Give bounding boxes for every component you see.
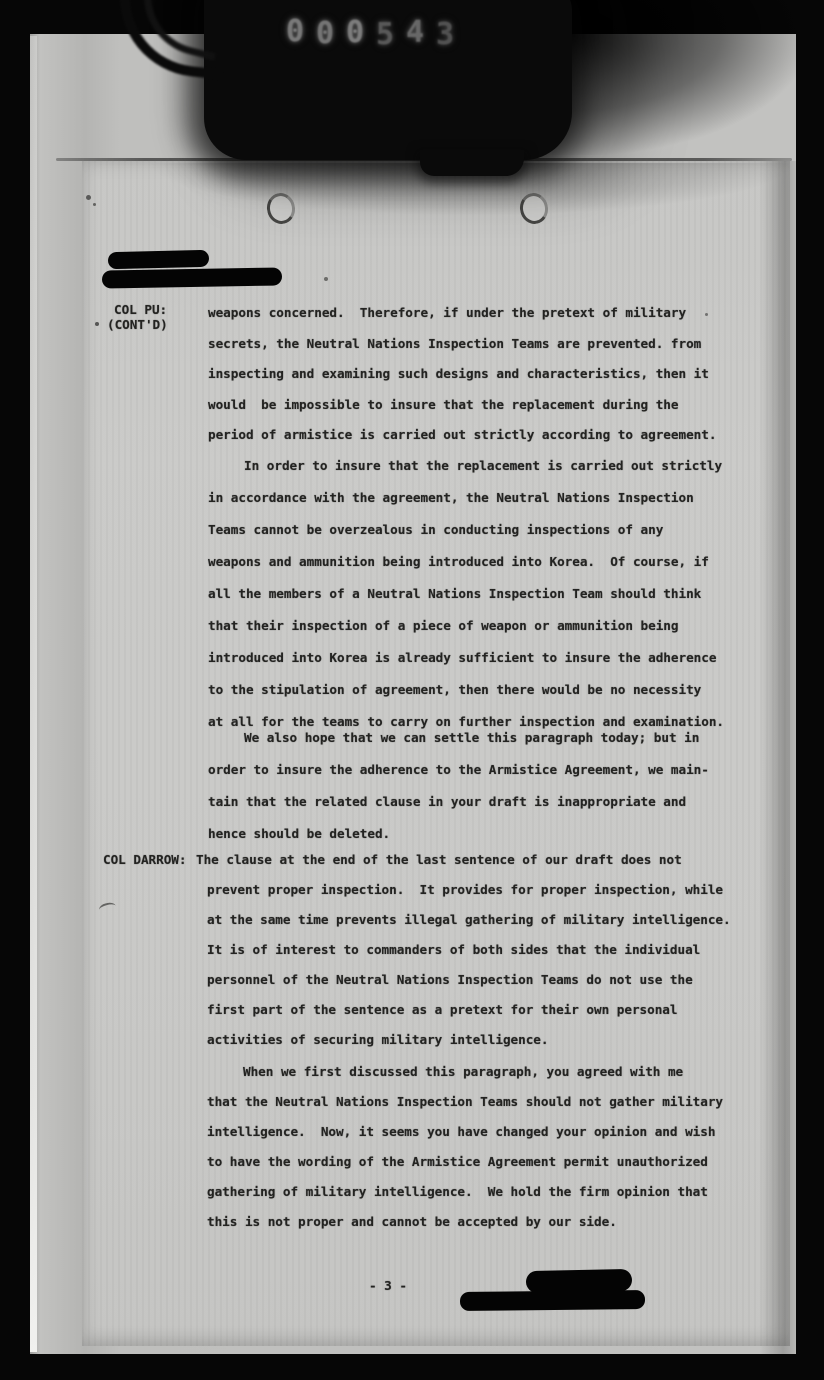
film-counter-device-bump: [420, 150, 524, 176]
transcript: COL PU:(CONT'D)weapons concerned. Theref…: [0, 0, 824, 1380]
paragraph: We also hope that we can settle this par…: [208, 722, 709, 850]
counter-digit: 4: [400, 15, 430, 50]
scan-speck: [95, 322, 99, 326]
scan-speck: [324, 277, 328, 281]
scan-speck: [86, 195, 91, 200]
microfilm-scan: COL PU:(CONT'D)weapons concerned. Theref…: [0, 0, 824, 1380]
paragraph: When we first discussed this paragraph, …: [207, 1057, 723, 1237]
speaker-label: COL DARROW:: [103, 852, 186, 867]
paragraph: weapons concerned. Therefore, if under t…: [208, 298, 716, 451]
paragraph: In order to insure that the replacement …: [208, 450, 724, 738]
speaker-label: COL PU:(CONT'D): [114, 302, 168, 332]
device-shadow: [548, 0, 808, 155]
counter-digit: 5: [370, 17, 400, 52]
counter-digit: 0: [310, 16, 340, 51]
paragraph: The clause at the end of the last senten…: [207, 845, 731, 1055]
counter-digit: 0: [340, 15, 370, 50]
scan-speck: [93, 203, 96, 206]
counter-digit: 0: [280, 14, 310, 49]
scan-speck: [705, 313, 708, 316]
page-number: - 3 -: [369, 1278, 407, 1293]
counter-digits: 000543: [280, 14, 460, 49]
counter-digit: 3: [430, 17, 460, 52]
